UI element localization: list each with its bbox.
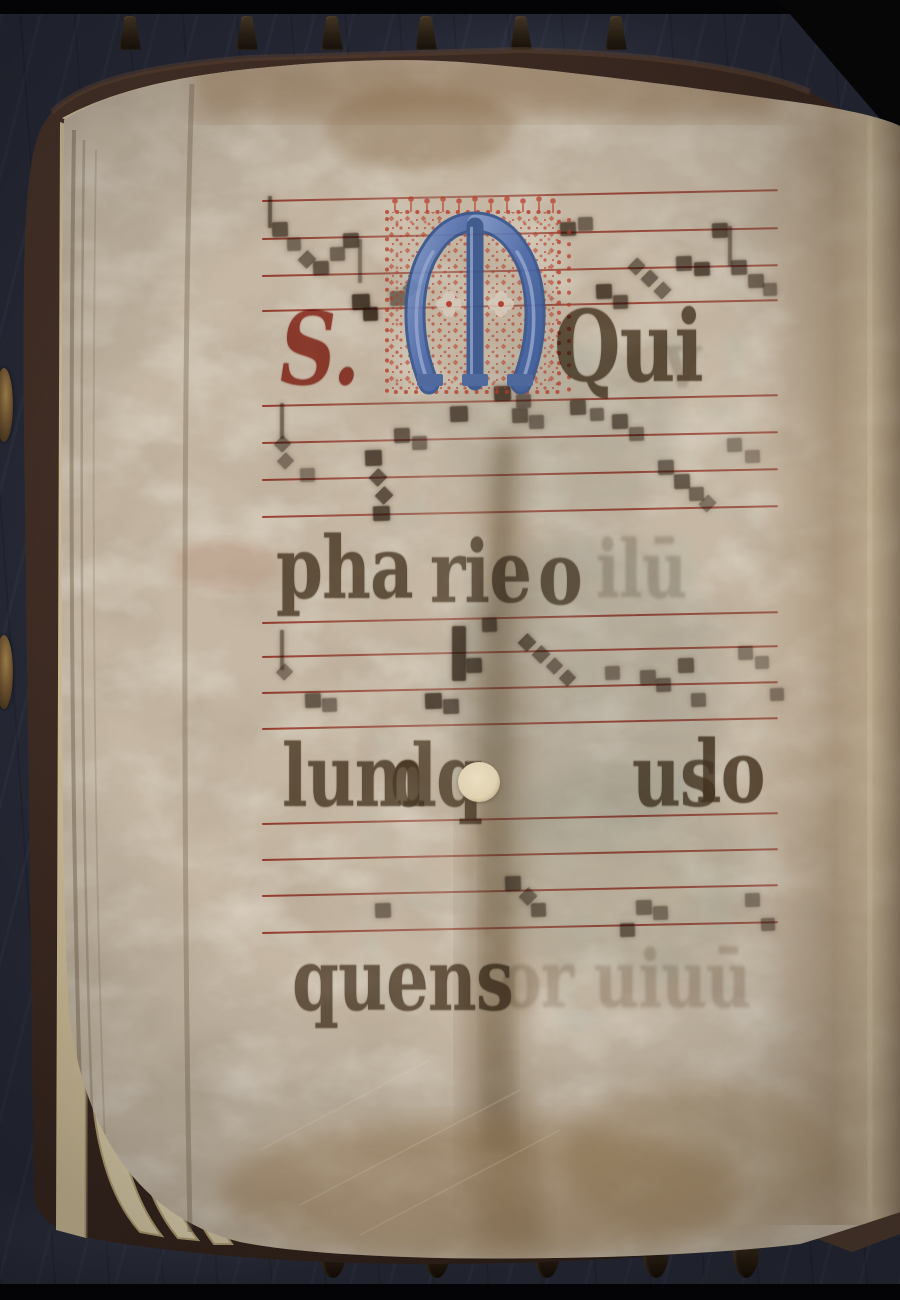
manuscript-word: lo bbox=[696, 722, 765, 823]
manuscript-word: rie bbox=[430, 522, 531, 623]
photo-scene: S.Quivpharieoilūlumdqusloquensor uiuū bbox=[0, 0, 900, 1300]
manuscript-word: o bbox=[538, 524, 582, 625]
rubric-word: S. bbox=[280, 290, 359, 408]
parchment-hole bbox=[458, 762, 500, 802]
manuscript-word: v bbox=[664, 312, 699, 406]
manuscript-word: quens bbox=[292, 930, 513, 1031]
manuscript-word: pha bbox=[276, 518, 413, 619]
manuscript-word: ilū bbox=[596, 522, 686, 616]
gothic-text: S.Quivpharieoilūlumdqusloquensor uiuū bbox=[0, 0, 900, 1300]
manuscript-word: or uiuū bbox=[500, 932, 751, 1026]
